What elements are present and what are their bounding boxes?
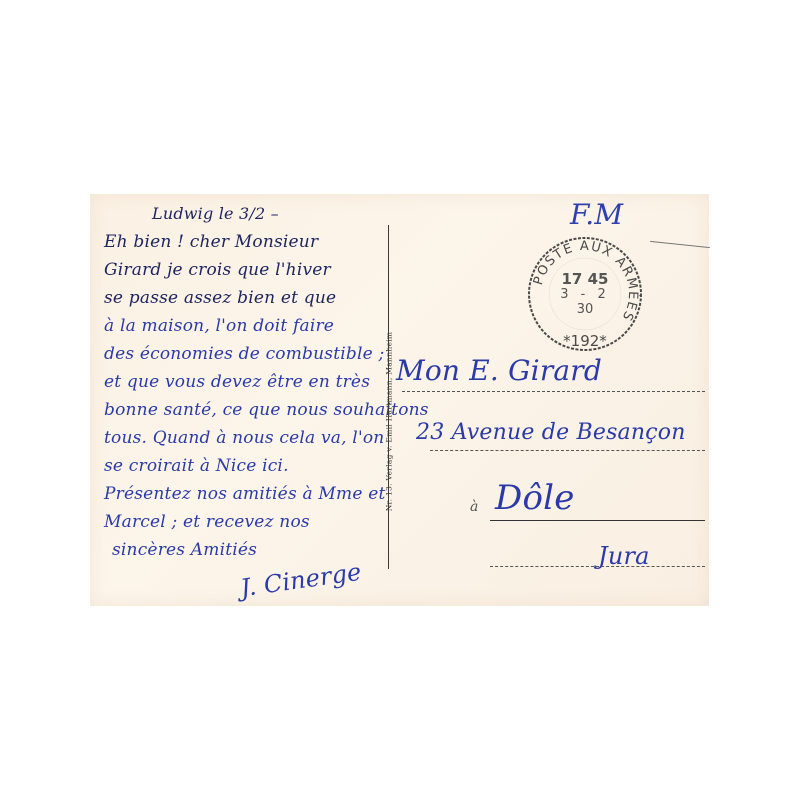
postcard-back: Ludwig le 3/2 – Eh bien ! cher MonsieurG… — [90, 194, 709, 606]
recipient-name: Mon E. Girard — [396, 354, 602, 387]
address-line-1 — [402, 391, 705, 392]
message-line: à la maison, l'on doit faire — [104, 316, 334, 336]
message-line: et que vous devez être en très — [104, 372, 370, 392]
fm-underline — [650, 241, 710, 248]
message-line: Eh bien ! cher Monsieur — [104, 232, 318, 252]
message-line: tous. Quand à nous cela va, l'on — [104, 428, 384, 448]
address-line-2 — [430, 450, 705, 451]
message-line: bonne santé, ce que nous souhaitons — [104, 400, 429, 420]
signature: J. Cinerge — [239, 558, 363, 603]
message-line: des économies de combustible ; — [104, 344, 384, 364]
message-line: Girard je crois que l'hiver — [104, 260, 331, 280]
message-line: Présentez nos amitiés à Mme et — [104, 484, 386, 504]
recipient-street: 23 Avenue de Besançon — [416, 420, 686, 445]
city-prefix: à — [470, 499, 479, 515]
postmark: POSTE AUX ARMÉES *192* 17 45 3 - 2 30 — [525, 234, 645, 354]
message-line: Marcel ; et recevez nos — [104, 512, 310, 532]
postmark-year: 30 — [577, 302, 594, 317]
postmark-date: 3 - 2 — [560, 287, 610, 302]
postmark-time: 17 45 — [562, 271, 609, 287]
message-line: sincères Amitiés — [112, 540, 257, 560]
postmark-date-block: 17 45 3 - 2 30 — [525, 234, 645, 354]
publisher-imprint: Nr. 13. Verlag v. Emil Hartmann, Mannhei… — [382, 306, 396, 536]
address-line-4 — [490, 566, 705, 567]
address-line-3 — [490, 520, 705, 521]
message-line: se croirait à Nice ici. — [104, 456, 289, 476]
franchise-militaire-mark: F.M — [570, 198, 623, 231]
place-date: Ludwig le 3/2 – — [152, 204, 279, 223]
message-line: se passe assez bien et que — [104, 288, 336, 308]
recipient-city: Dôle — [495, 478, 575, 518]
imprint-text: Nr. 13. Verlag v. Emil Hartmann, Mannhei… — [385, 331, 394, 511]
